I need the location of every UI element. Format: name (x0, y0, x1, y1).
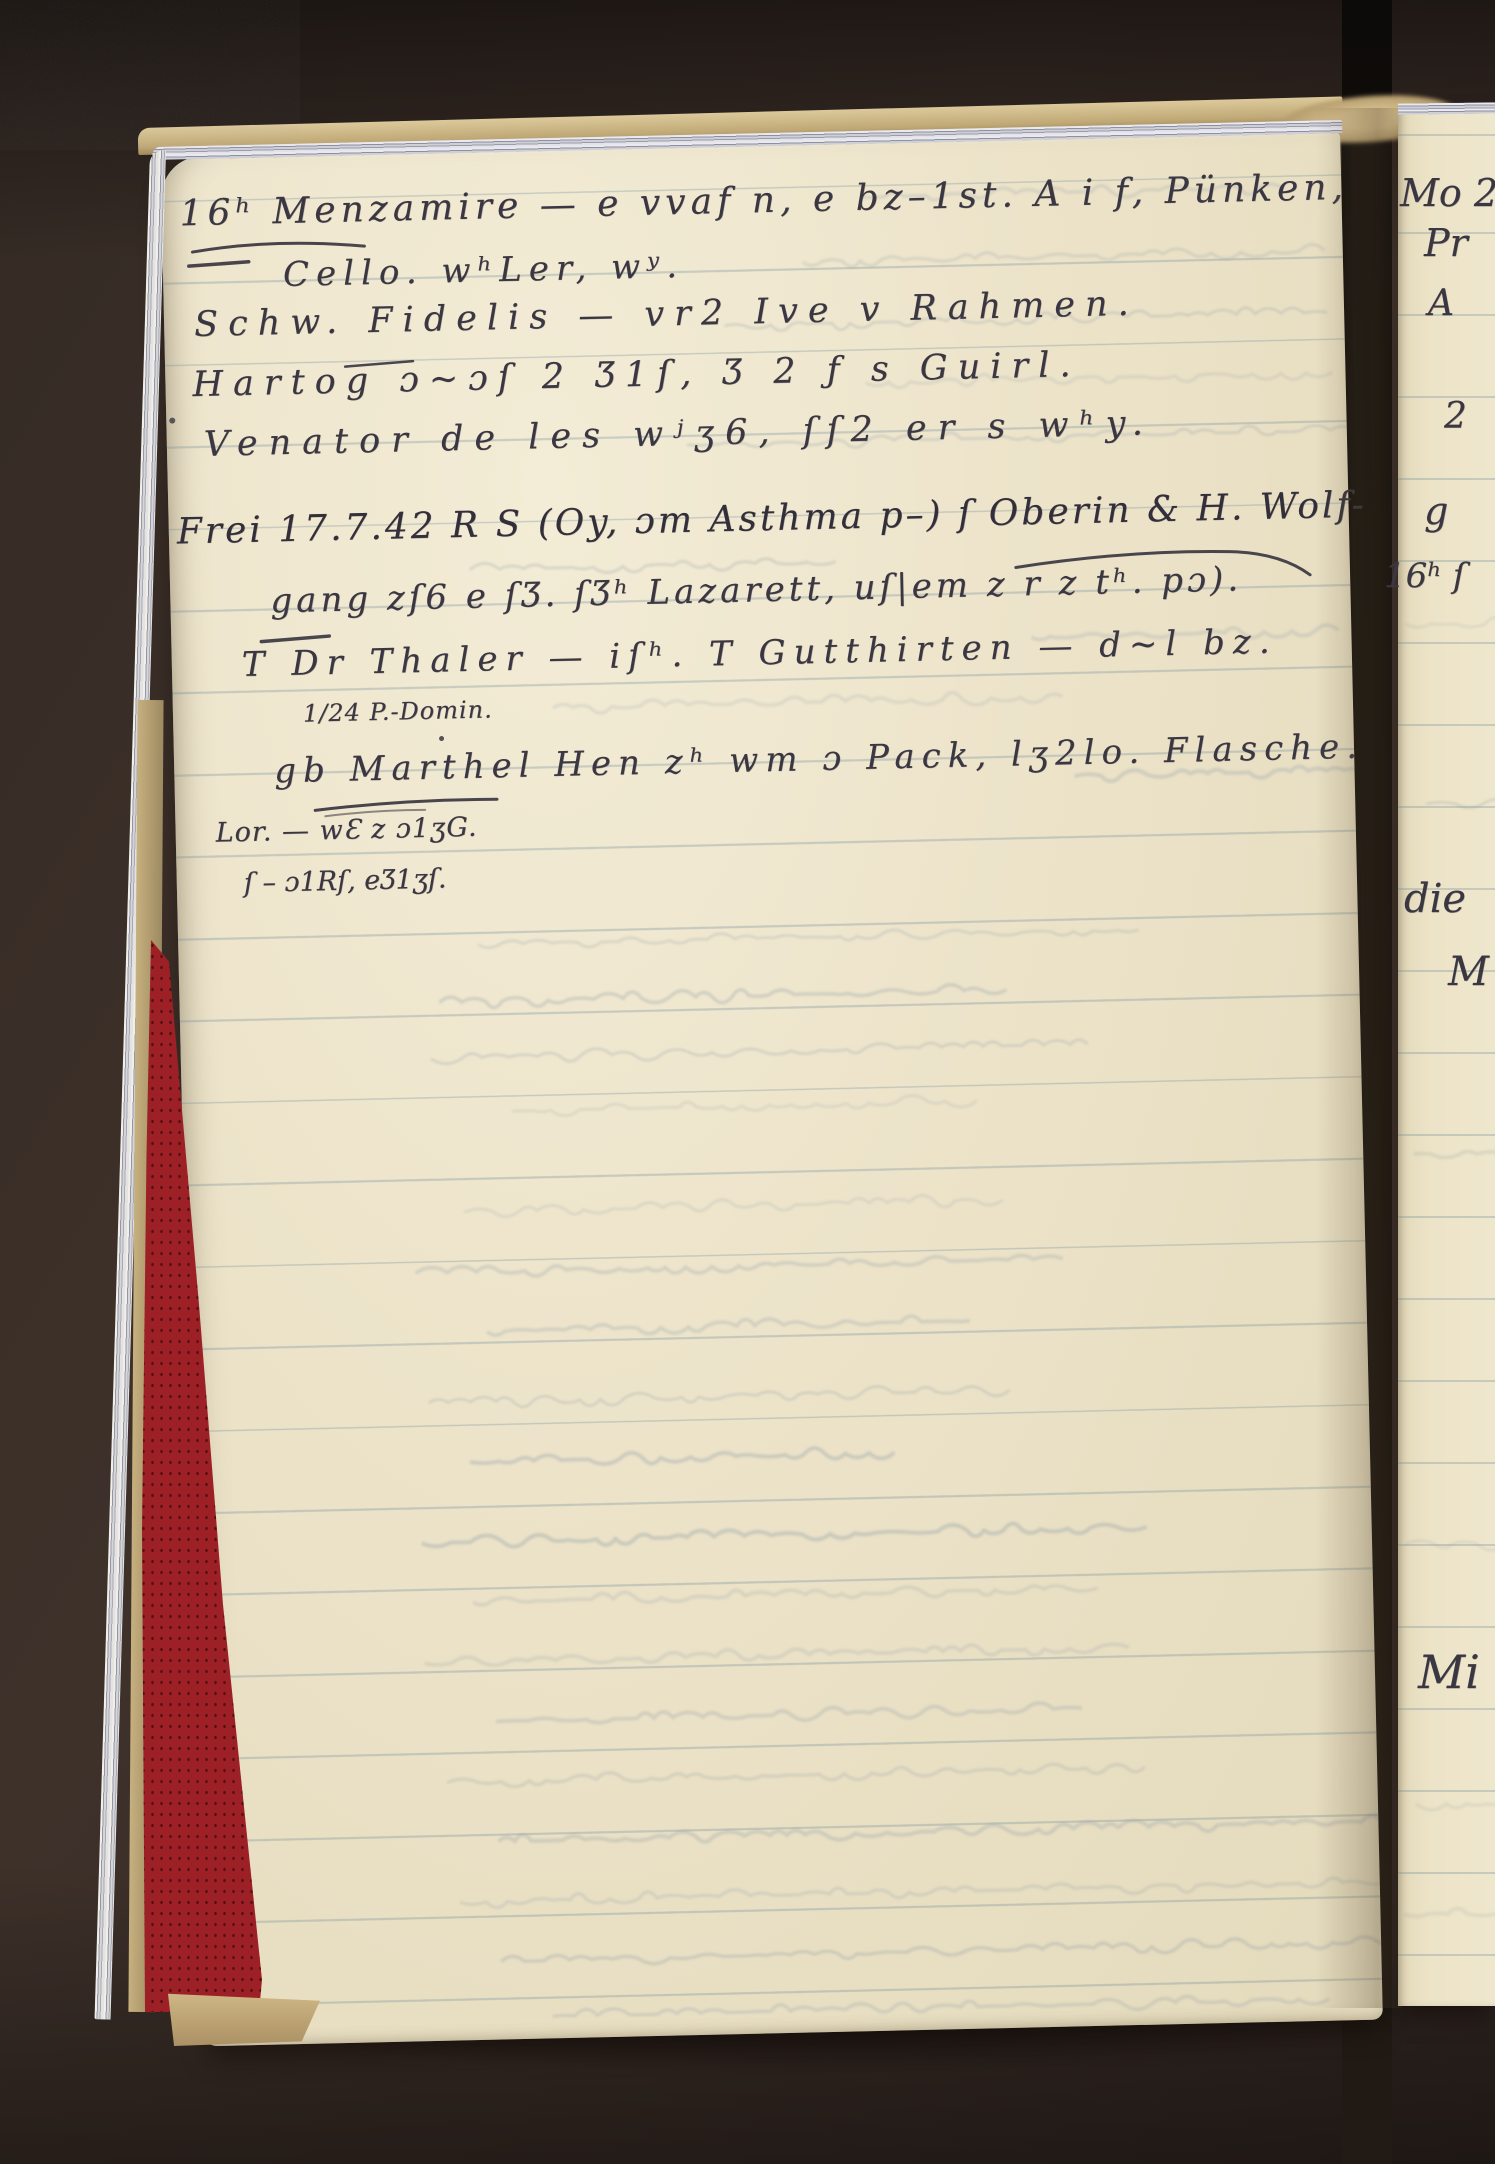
right-fragment-a: A (1428, 286, 1454, 322)
ruled-lines-right (1398, 104, 1495, 2006)
right-page-partial: Mo 2 Pr A 2 g 16ʰ ſ die M Mi (1398, 104, 1495, 2006)
left-page: 16ʰ Menzamire — e vvaf n, e bz–1st. A i … (160, 130, 1383, 2046)
handwriting-line-9: 1/24 P.-Domin. (303, 697, 493, 725)
page-edge-stack-top-right (1398, 102, 1495, 114)
handwriting-line-11: Lor. — wƐ z ɔ1ʒG. (215, 814, 477, 847)
right-fragment-die: die (1404, 879, 1466, 919)
right-fragment-pr: Pr (1424, 224, 1468, 262)
right-fragment-mo2: Mo 2 (1400, 174, 1495, 212)
right-fragment-mi: Mi (1418, 1649, 1480, 1695)
right-fragment-m: M (1448, 952, 1489, 992)
handwriting-line-2: Cello. wʰLer, wʸ. (283, 249, 685, 292)
handwriting-line-12: ſ – ɔ1Rſ, eƷ1ʒſ. (244, 865, 447, 897)
spine-gutter-shadow (1316, 108, 1402, 2008)
right-fragment-g: g (1424, 492, 1448, 530)
right-fragment-2: 2 (1444, 399, 1467, 435)
right-fragment-16h: 16ʰ ſ (1384, 559, 1465, 593)
scanned-notebook-photo: 16ʰ Menzamire — e vvaf n, e bz–1st. A i … (0, 0, 1495, 2164)
